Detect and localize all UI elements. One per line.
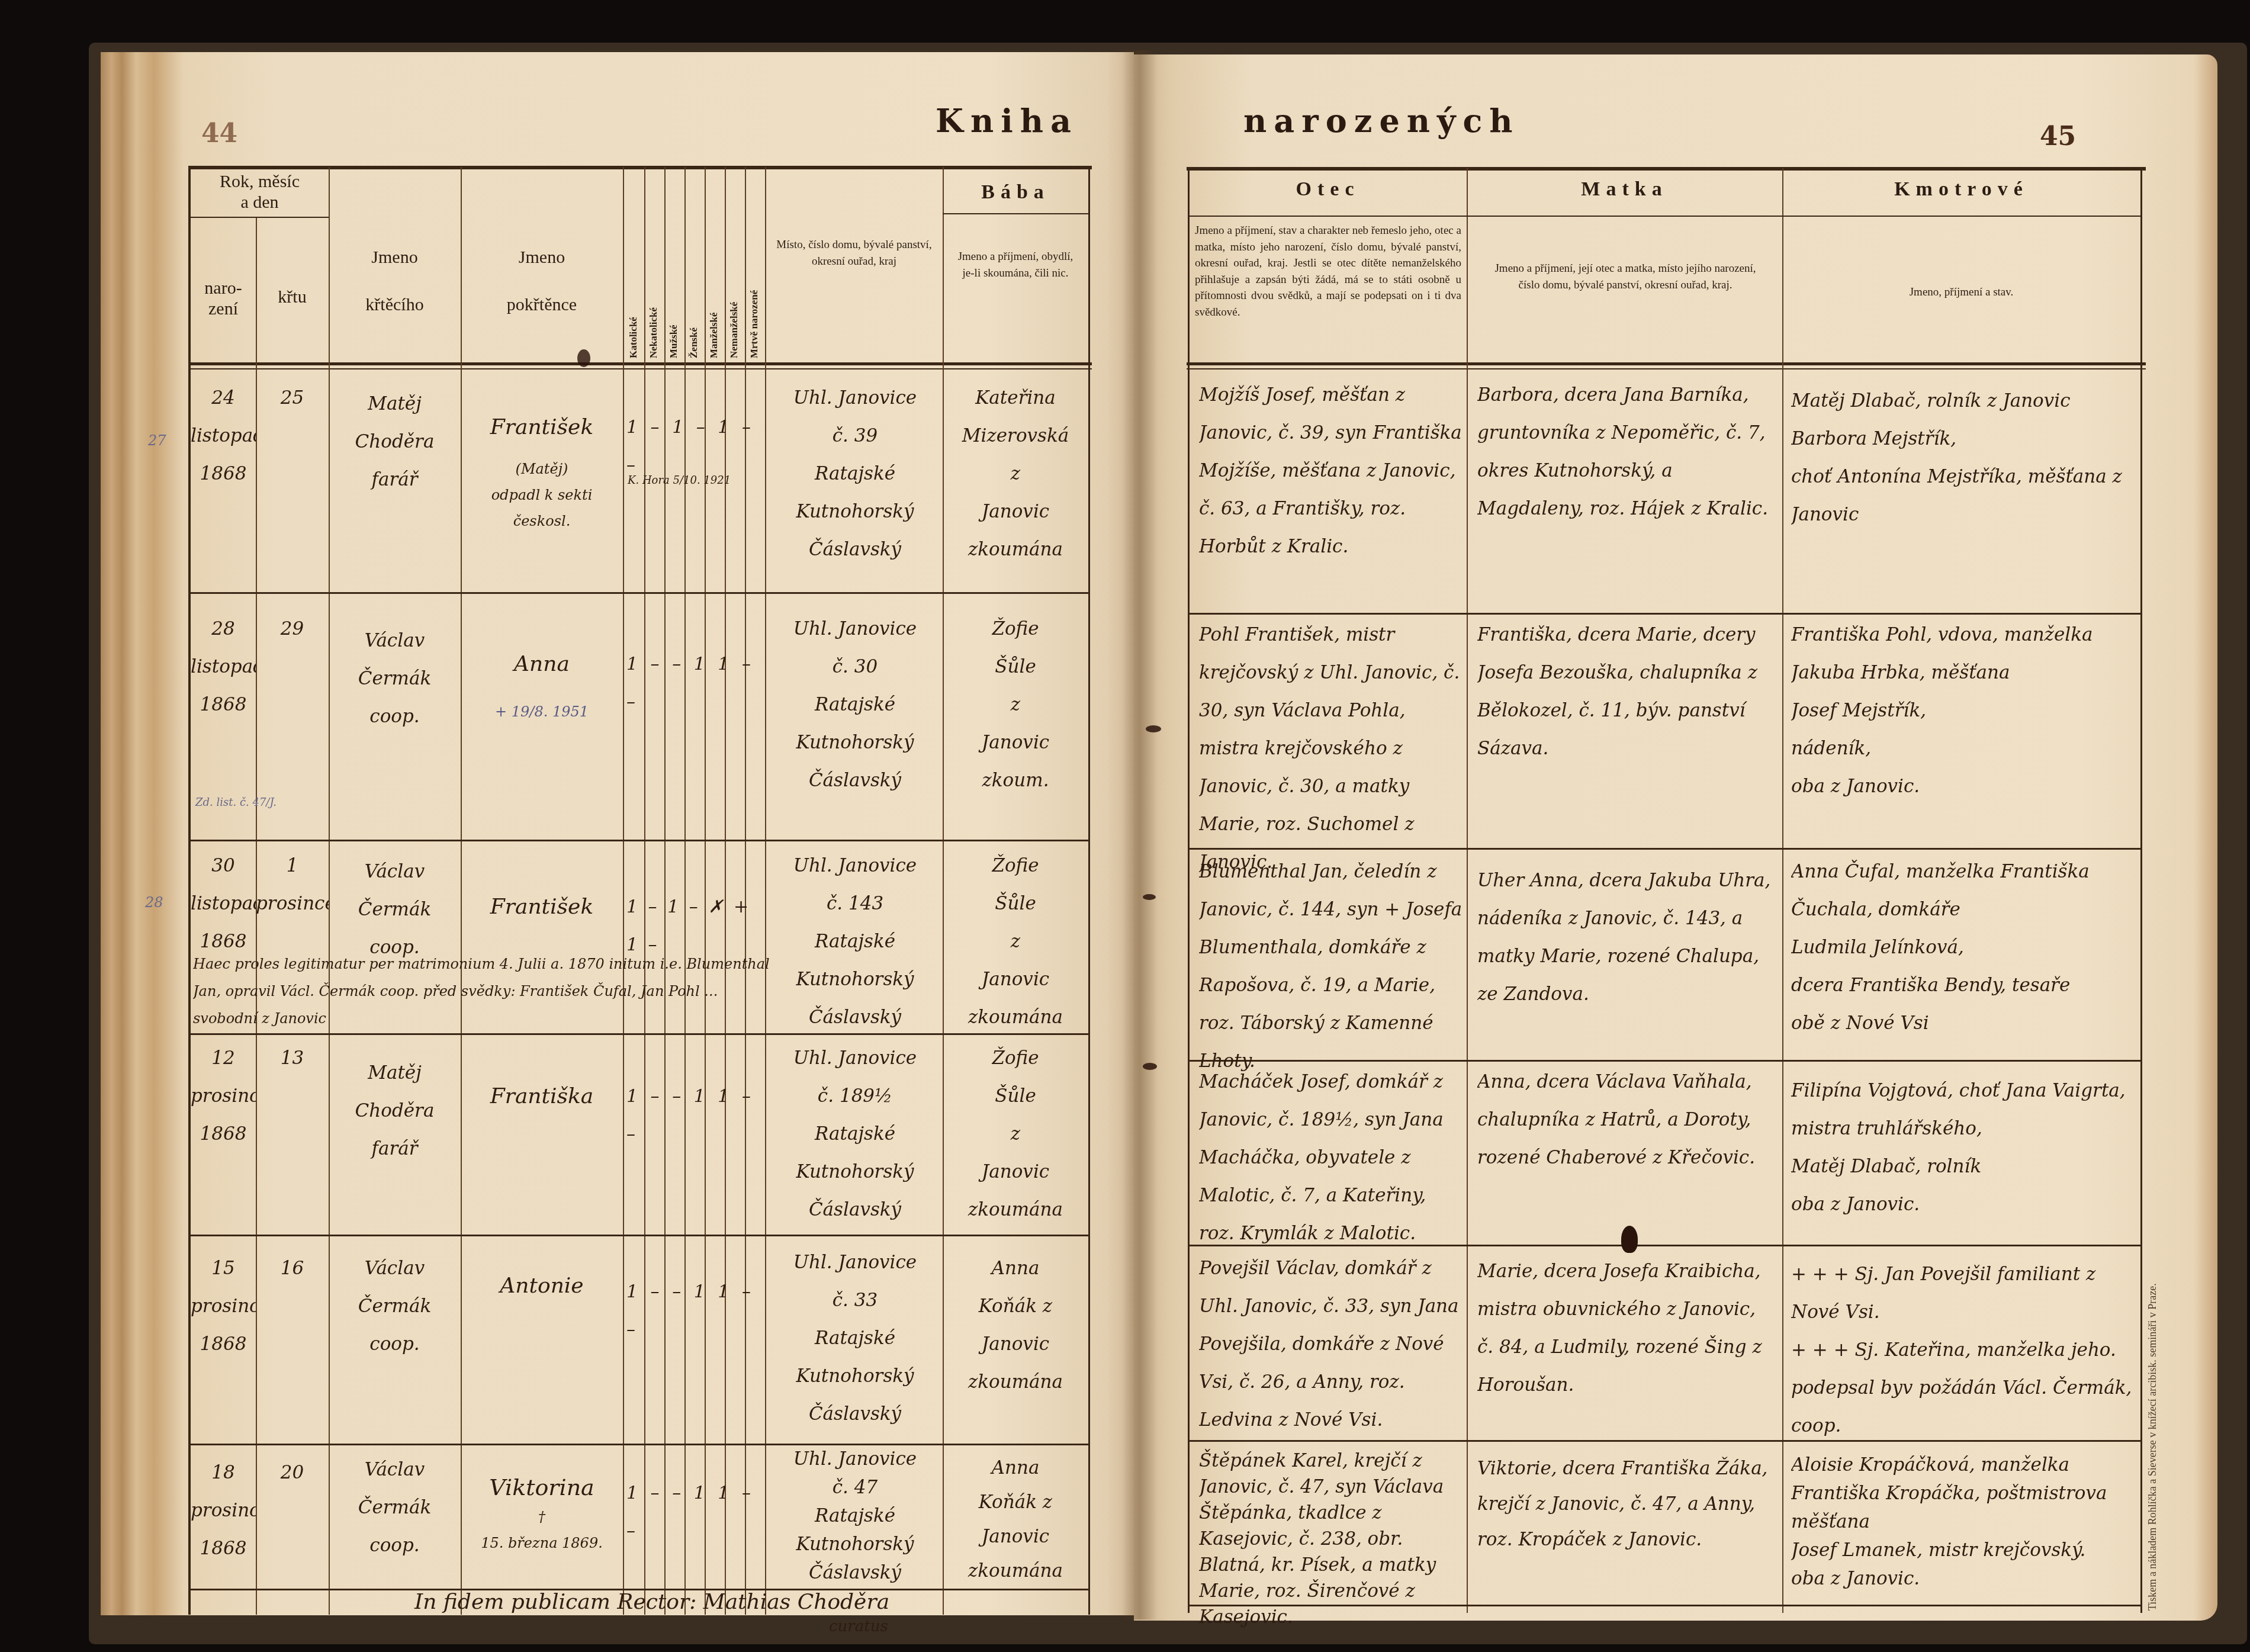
- entry-legitimation-note: Haec proles legitimatur per matrimonium …: [193, 950, 785, 1032]
- header-baptized: Jmeno pokřtěnce: [461, 234, 623, 329]
- entry-father: Blumenthal Jan, čeledín z Janovic, č. 14…: [1199, 853, 1462, 1080]
- header-baptism: křtu: [256, 287, 329, 308]
- entry-child-note: † 15. března 1869.: [461, 1504, 623, 1556]
- entry-father: Macháček Josef, domkář z Janovic, č. 189…: [1199, 1063, 1462, 1252]
- header-flag-female: Ženské: [688, 237, 700, 358]
- entry-mother: Uher Anna, dcera Jakuba Uhra, nádeníka z…: [1477, 862, 1776, 1013]
- entry-godparents: Matěj Dlabač, rolník z Janovic Barbora M…: [1791, 382, 2135, 533]
- title-left: Kniha: [936, 102, 1078, 140]
- entry-father: Štěpánek Karel, krejčí z Janovic, č. 47,…: [1199, 1448, 1462, 1630]
- gutter-mark: [1143, 894, 1156, 900]
- header-date: Rok, měsíc a den: [191, 172, 329, 213]
- entry-godparents: Filipína Vojgtová, choť Jana Vaigrta, mi…: [1791, 1072, 2135, 1223]
- entry-child-name: Františka: [461, 1078, 623, 1116]
- entry-child-note: (Matěj) odpadl k sekti českosl.: [461, 456, 623, 534]
- entry-child-note: + 19/8. 1951: [461, 699, 623, 725]
- entry-birth-date: 12 prosince 1868: [191, 1039, 256, 1153]
- entry-birth-date: 24 listopadu 1868: [191, 379, 256, 493]
- entry-child-name: Viktorina: [461, 1468, 623, 1506]
- margin-note: 27: [148, 432, 166, 449]
- entry-child-name: Anna: [461, 645, 623, 683]
- entry-birth-date: 15 prosince 1868: [191, 1249, 256, 1363]
- header-flag-stillborn: Mrtvě narozené: [748, 237, 760, 358]
- ink-blot: [1621, 1226, 1638, 1253]
- entry-place: Uhl. Janovice č. 39 Ratajské Kutnohorský…: [767, 379, 943, 568]
- ink-blot: [577, 349, 590, 367]
- entry-baptism-date: 1 prosince: [256, 847, 329, 923]
- header-father-desc: Jmeno a příjmení, stav a charakter neb ř…: [1195, 223, 1461, 320]
- header-birth: naro- zení: [191, 278, 256, 319]
- header-godparents: Kmotrové: [1782, 178, 2140, 201]
- gutter-mark: [1143, 1063, 1157, 1070]
- entry-birth-date: 30 listopadu 1868: [191, 847, 256, 960]
- entry-godparents: Aloisie Kropáčková, manželka Františka K…: [1791, 1451, 2135, 1593]
- header-mother: Matka: [1467, 178, 1782, 201]
- entry-baptism-date: 13: [256, 1039, 329, 1077]
- title-right: narozených: [1243, 102, 1520, 140]
- entry-child-name: František: [461, 888, 623, 926]
- entry-mother: Anna, dcera Václava Vaňhala, chalupníka …: [1477, 1063, 1776, 1177]
- entry-flags: 1 – – 1 1 – –: [626, 1474, 765, 1550]
- entry-midwife: Žofie Šůle z Janovic zkoum.: [943, 610, 1088, 799]
- entry-mother: Viktorie, dcera Františka Žáka, krejčí z…: [1477, 1451, 1776, 1557]
- entry-flags: 1 – – 1 1 – –: [626, 1078, 765, 1153]
- entry-place: Uhl. Janovice č. 143 Ratajské Kutnohorsk…: [767, 847, 943, 1036]
- book-gutter: [1122, 50, 1158, 1619]
- page-number-left: 44: [201, 118, 237, 149]
- entry-mother: Marie, dcera Josefa Kraibicha, mistra ob…: [1477, 1252, 1776, 1404]
- entry-godparents: Anna Čufal, manželka Františka Čuchala, …: [1791, 853, 2135, 1042]
- entry-baptizer: Václav Čermák coop.: [329, 853, 461, 966]
- entry-flag-note: K. Hora 5/10. 1921: [628, 468, 770, 494]
- entry-midwife: Žofie Šůle z Janovic zkoumána: [943, 847, 1088, 1036]
- header-flag-noncatholic: Nekatolické: [648, 237, 660, 358]
- entry-baptizer: Matěj Choděra farář: [329, 1054, 461, 1168]
- entry-birth-date: 18 prosince 1868: [191, 1454, 256, 1567]
- entry-place: Uhl. Janovice č. 47 Ratajské Kutnohorský…: [767, 1445, 943, 1587]
- entry-birth-date: 28 listopadu 1868: [191, 610, 256, 724]
- header-flag-male: Mužské: [668, 237, 680, 358]
- header-father: Otec: [1189, 178, 1467, 201]
- entry-baptizer: Václav Čermák coop.: [329, 1451, 461, 1564]
- entry-godparents: Františka Pohl, vdova, manželka Jakuba H…: [1791, 616, 2135, 805]
- header-flag-illegitimate: Nemanželské: [728, 237, 740, 358]
- margin-note: 28: [145, 894, 163, 911]
- entry-baptism-date: 29: [256, 610, 329, 648]
- entry-baptism-date: 25: [256, 379, 329, 417]
- entry-father: Pohl František, mistr krejčovský z Uhl. …: [1199, 616, 1462, 881]
- entry-baptism-date: 20: [256, 1454, 329, 1492]
- entry-baptizer: Václav Čermák coop.: [329, 622, 461, 735]
- header-midwife-desc: Jmeno a příjmení, obydlí, je-li skoumána…: [954, 249, 1076, 281]
- header-baptizer: Jmeno křtěcího: [329, 234, 461, 329]
- entry-midwife: Kateřina Mizerovská z Janovic zkoumána: [943, 379, 1088, 568]
- entry-midwife: Anna Koňák z Janovic zkoumána: [943, 1451, 1088, 1588]
- entry-child-name: Antonie: [461, 1267, 623, 1305]
- entry-baptizer: Matěj Choděra farář: [329, 385, 461, 499]
- entry-child-name: František: [461, 409, 623, 446]
- entry-godparents: + + + Sj. Jan Povejšil familiant z Nové …: [1791, 1255, 2135, 1445]
- gutter-mark: [1146, 725, 1161, 732]
- header-godparents-desc: Jmeno, příjmení a stav.: [1782, 284, 2140, 301]
- header-place: Místo, číslo domu, bývalé panství, okres…: [773, 237, 936, 269]
- entry-place: Uhl. Janovice č. 189½ Ratajské Kutnohors…: [767, 1039, 943, 1229]
- attestation-text: In fidem publicam Rector: Mathias Choděr…: [414, 1590, 889, 1614]
- entry-midwife: Žofie Šůle z Janovic zkoumána: [943, 1039, 1088, 1229]
- header-flag-legitimate: Manželské: [708, 237, 720, 358]
- attestation-role: curatus: [829, 1618, 888, 1635]
- entry-baptism-date: 16: [256, 1249, 329, 1287]
- entry-mother: Františka, dcera Marie, dcery Josefa Bez…: [1477, 616, 1776, 767]
- entry-midwife: Anna Koňák z Janovic zkoumána: [943, 1249, 1088, 1401]
- printer-imprint: Tiskem a nákladem Rohlíčka a Sieverse v …: [2146, 1161, 2159, 1611]
- entry-father: Povejšil Václav, domkář z Uhl. Janovic, …: [1199, 1249, 1462, 1439]
- entry-place: Uhl. Janovice č. 30 Ratajské Kutnohorský…: [767, 610, 943, 799]
- entry-place: Uhl. Janovice č. 33 Ratajské Kutnohorský…: [767, 1243, 943, 1433]
- header-mother-desc: Jmeno a příjmení, její otec a matka, mís…: [1486, 261, 1764, 293]
- header-flag-catholic: Katolické: [628, 237, 639, 358]
- entry-father: Mojžíš Josef, měšťan z Janovic, č. 39, s…: [1199, 376, 1462, 565]
- margin-note: Zd. list. č. 47/J.: [195, 796, 277, 809]
- entry-flags: 1 – – 1 1 – –: [626, 1273, 765, 1349]
- page-number-right: 45: [2040, 121, 2076, 152]
- entry-flags: 1 – – 1 1 – –: [626, 645, 765, 721]
- entry-baptizer: Václav Čermák coop.: [329, 1249, 461, 1363]
- entry-mother: Barbora, dcera Jana Barníka, gruntovníka…: [1477, 376, 1776, 528]
- header-midwife: Bába: [943, 181, 1088, 204]
